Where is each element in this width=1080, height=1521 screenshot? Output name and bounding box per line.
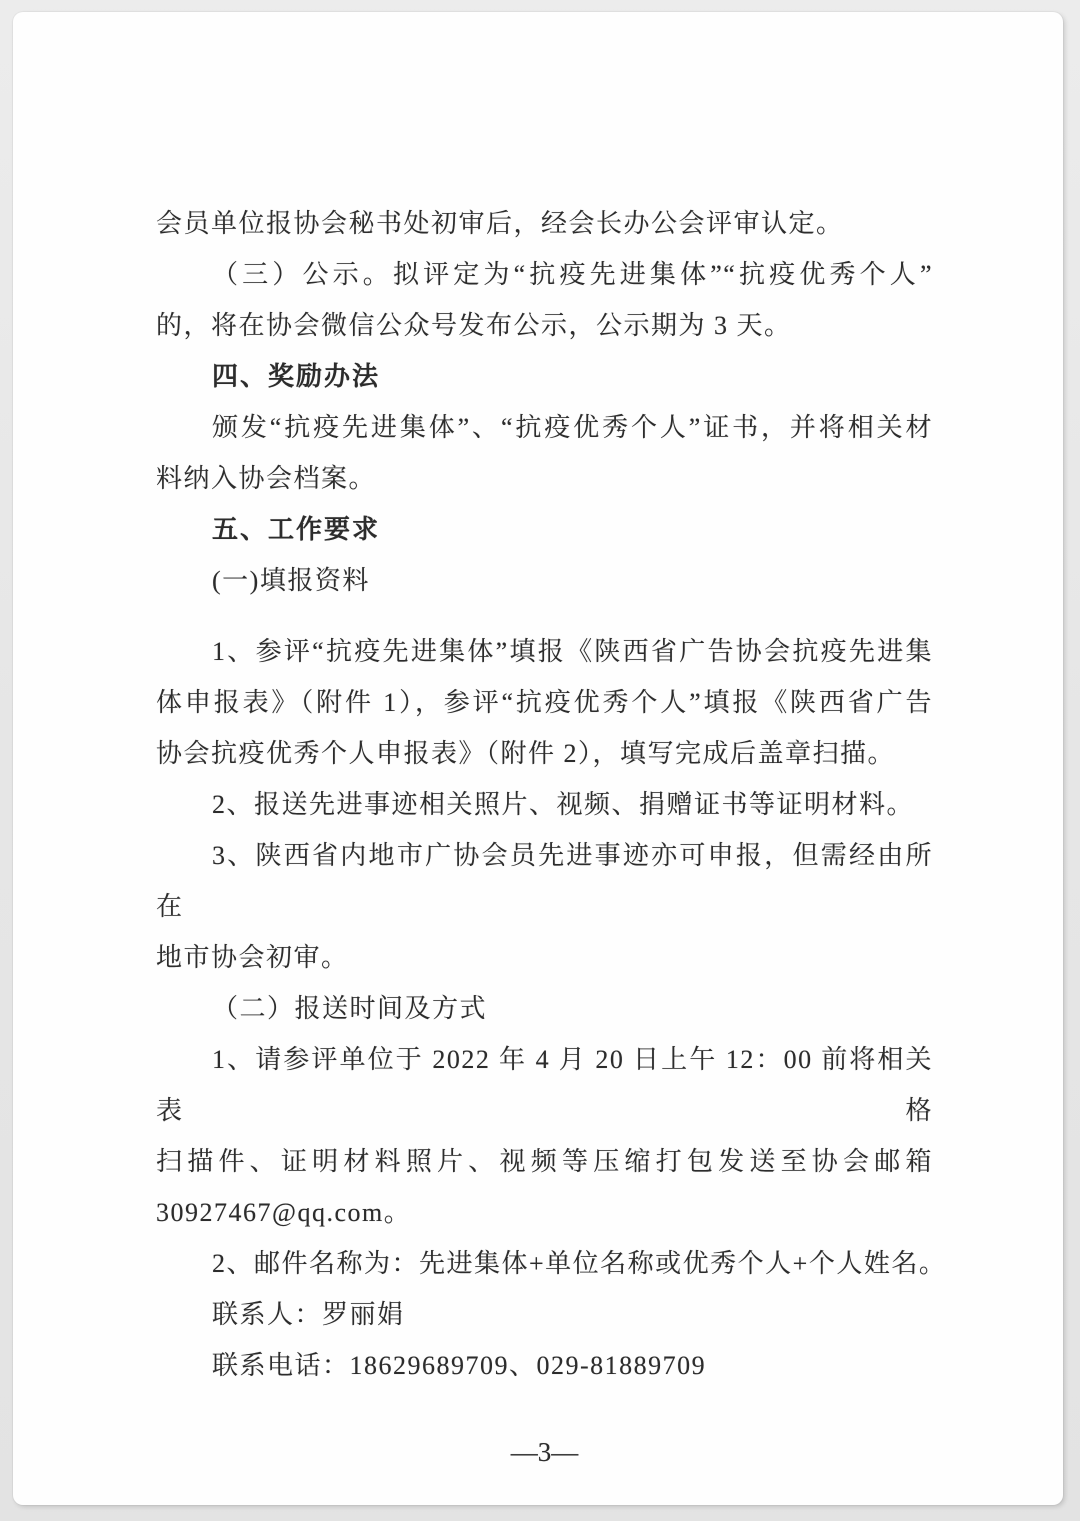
page-number: —3—	[156, 1427, 933, 1477]
section-heading-awards: 四、奖励办法	[156, 351, 933, 402]
text-line: 料纳入协会档案。	[156, 453, 933, 504]
text-line: 3、陕西省内地市广协会员先进事迹亦可申报，但需经由所在	[156, 830, 933, 932]
text-line: 的，将在协会微信公众号发布公示，公示期为 3 天。	[156, 300, 933, 351]
text-line: 1、请参评单位于 2022 年 4 月 20 日上午 12：00 前将相关表格	[156, 1034, 933, 1136]
text-line: 2、邮件名称为：先进集体+单位名称或优秀个人+个人姓名。	[156, 1238, 933, 1289]
text-line: 会员单位报协会秘书处初审后，经会长办公会评审认定。	[156, 198, 933, 249]
text-line: 1、参评“抗疫先进集体”填报《陕西省广告协会抗疫先进集	[156, 626, 933, 677]
section-heading-requirements: 五、工作要求	[156, 504, 933, 555]
subsection-heading-submission: （二）报送时间及方式	[156, 983, 933, 1034]
email-line: 30927467@qq.com。	[156, 1187, 933, 1238]
document-body: 会员单位报协会秘书处初审后，经会长办公会评审认定。 （三）公示。拟评定为“抗疫先…	[156, 198, 933, 1477]
text-line: 扫描件、证明材料照片、视频等压缩打包发送至协会邮箱	[156, 1136, 933, 1187]
text-line: 地市协会初审。	[156, 932, 933, 983]
text-line: 协会抗疫优秀个人申报表》（附件 2），填写完成后盖章扫描。	[156, 728, 933, 779]
contact-person-line: 联系人：罗丽娟	[156, 1289, 933, 1340]
subsection-heading-materials: (一)填报资料	[156, 555, 933, 606]
text-line: 体申报表》（附件 1），参评“抗疫优秀个人”填报《陕西省广告	[156, 677, 933, 728]
text-line: （三）公示。拟评定为“抗疫先进集体”“抗疫优秀个人”	[156, 249, 933, 300]
text-line: 2、报送先进事迹相关照片、视频、捐赠证书等证明材料。	[156, 779, 933, 830]
contact-phone-line: 联系电话：18629689709、029-81889709	[156, 1340, 933, 1391]
text-line: 颁发“抗疫先进集体”、“抗疫优秀个人”证书，并将相关材	[156, 402, 933, 453]
document-page: 会员单位报协会秘书处初审后，经会长办公会评审认定。 （三）公示。拟评定为“抗疫先…	[13, 12, 1063, 1505]
